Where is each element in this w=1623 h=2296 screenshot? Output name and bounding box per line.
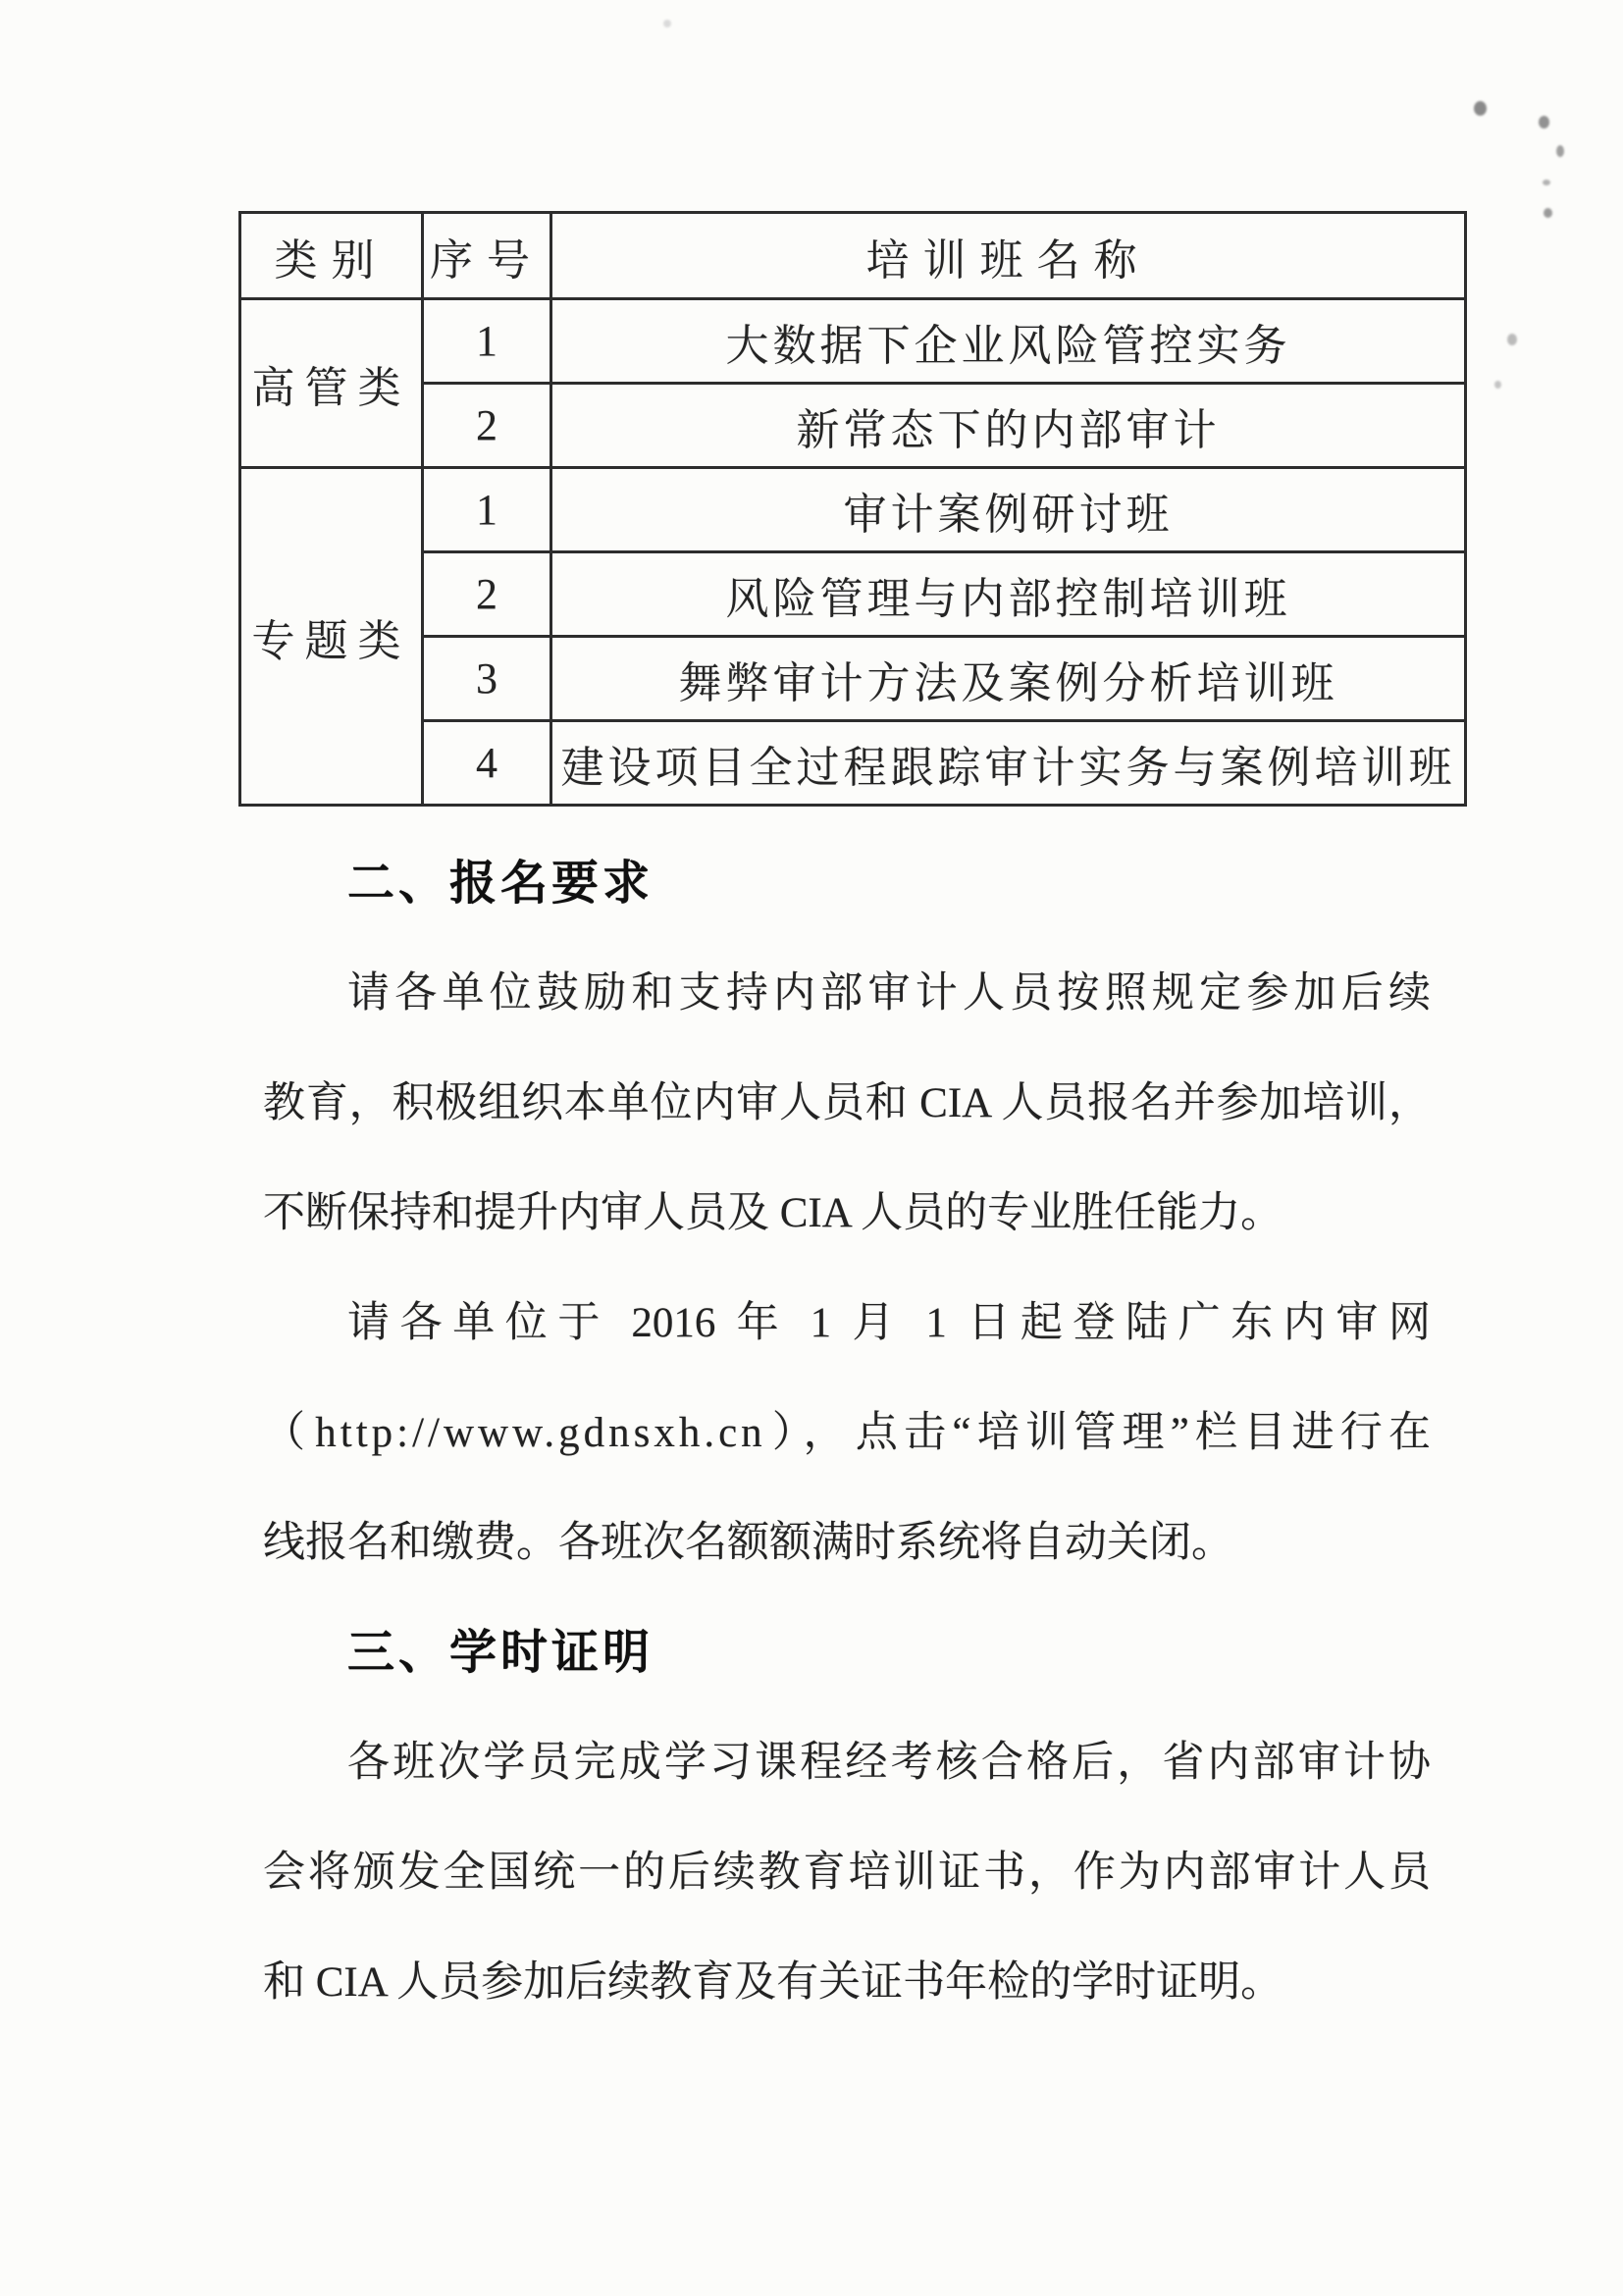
header-cell-category: 类别 [240,213,423,299]
scanned-document-page: 类别 序号 培训班名称 高管类 1 大数据下企业风险管控实务 2 新常态下的内部… [0,0,1623,2296]
body-line: 不断保持和提升内审人员及 CIA 人员的专业胜任能力。 [263,1159,1431,1269]
table-row: 4 建设项目全过程跟踪审计实务与案例培训班 [240,721,1466,806]
body-line: 请各单位鼓励和支持内部审计人员按照规定参加后续 [263,939,1431,1049]
class-name-cell: 舞弊审计方法及案例分析培训班 [551,637,1466,721]
body-line: 会将颁发全国统一的后续教育培训证书，作为内部审计人员 [263,1818,1431,1928]
header-cell-number: 序号 [423,213,551,299]
class-name-cell: 大数据下企业风险管控实务 [551,299,1466,384]
table-header-row: 类别 序号 培训班名称 [240,213,1466,299]
serial-cell: 1 [423,468,551,552]
body-line: 和 CIA 人员参加后续教育及有关证书年检的学时证明。 [263,1928,1431,2038]
class-name-cell: 风险管理与内部控制培训班 [551,552,1466,637]
table-row: 3 舞弊审计方法及案例分析培训班 [240,637,1466,721]
table-row: 专题类 1 审计案例研讨班 [240,468,1466,552]
scan-speck [1544,208,1552,218]
serial-cell: 2 [423,384,551,468]
header-cell-name: 培训班名称 [551,213,1466,299]
body-line: 各班次学员完成学习课程经考核合格后，省内部审计协 [263,1708,1431,1818]
scan-speck [1543,180,1550,185]
table-row: 2 风险管理与内部控制培训班 [240,552,1466,637]
section-heading-hour-certificate: 三、学时证明 [263,1598,1431,1708]
scan-speck [1494,381,1501,389]
serial-cell: 2 [423,552,551,637]
scan-speck [1556,145,1564,157]
serial-cell: 4 [423,721,551,806]
training-classes-table: 类别 序号 培训班名称 高管类 1 大数据下企业风险管控实务 2 新常态下的内部… [238,211,1467,807]
body-line-text: 点击“培训管理”栏目进行在 [856,1410,1431,1456]
body-line: 线报名和缴费。各班次名额额满时系统将自动关闭。 [263,1488,1431,1598]
body-line: （http://www.gdnsxh.cn），点击“培训管理”栏目进行在 [263,1379,1431,1488]
serial-cell: 1 [423,299,551,384]
body-line: 教育，积极组织本单位内审人员和 CIA 人员报名并参加培训， [263,1049,1431,1159]
scan-speck [663,20,671,27]
document-body: 二、报名要求 请各单位鼓励和支持内部审计人员按照规定参加后续 教育，积极组织本单… [263,829,1431,2038]
website-url-text: （http://www.gdnsxh.cn）， [263,1410,856,1456]
class-name-cell: 建设项目全过程跟踪审计实务与案例培训班 [551,721,1466,806]
section-heading-registration: 二、报名要求 [263,829,1431,939]
scan-speck [1539,116,1549,129]
table-row: 2 新常态下的内部审计 [240,384,1466,468]
scan-speck [1507,334,1517,345]
table-row: 高管类 1 大数据下企业风险管控实务 [240,299,1466,384]
category-cell-special-topics: 专题类 [240,468,423,806]
class-name-cell: 新常态下的内部审计 [551,384,1466,468]
serial-cell: 3 [423,637,551,721]
class-name-cell: 审计案例研讨班 [551,468,1466,552]
scan-speck [1474,101,1487,116]
body-line: 请各单位于 2016 年 1 月 1 日起登陆广东内审网 [263,1269,1431,1379]
category-cell-executive: 高管类 [240,299,423,468]
